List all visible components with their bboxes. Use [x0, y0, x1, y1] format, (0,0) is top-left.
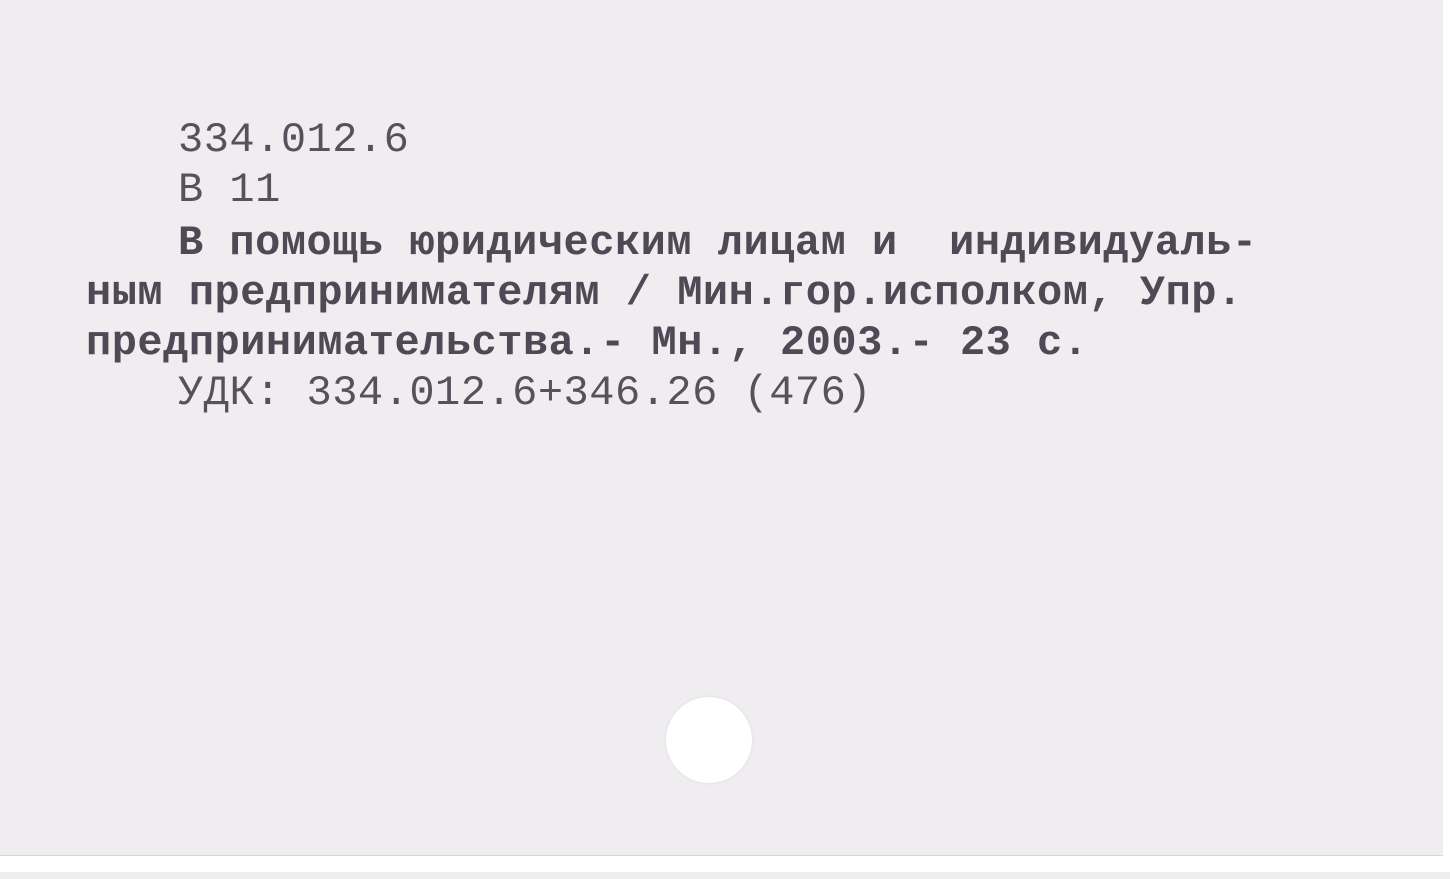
classification-code: 334.012.6	[178, 115, 409, 165]
catalog-card: 334.012.6 В 11 В помощь юридическим лица…	[0, 0, 1443, 856]
description-line-1: В помощь юридическим лицам и индивидуаль…	[178, 218, 1258, 268]
udc-code: УДК: 334.012.6+346.26 (476)	[178, 368, 872, 418]
author-mark: В 11	[178, 165, 281, 215]
description-line-3: предпринимательства.- Мн., 2003.- 23 с.	[86, 318, 1088, 368]
punch-hole	[666, 697, 752, 783]
scan-edge-strip	[0, 872, 1450, 879]
description-line-2: ным предпринимателям / Мин.гор.исполком,…	[86, 268, 1243, 318]
